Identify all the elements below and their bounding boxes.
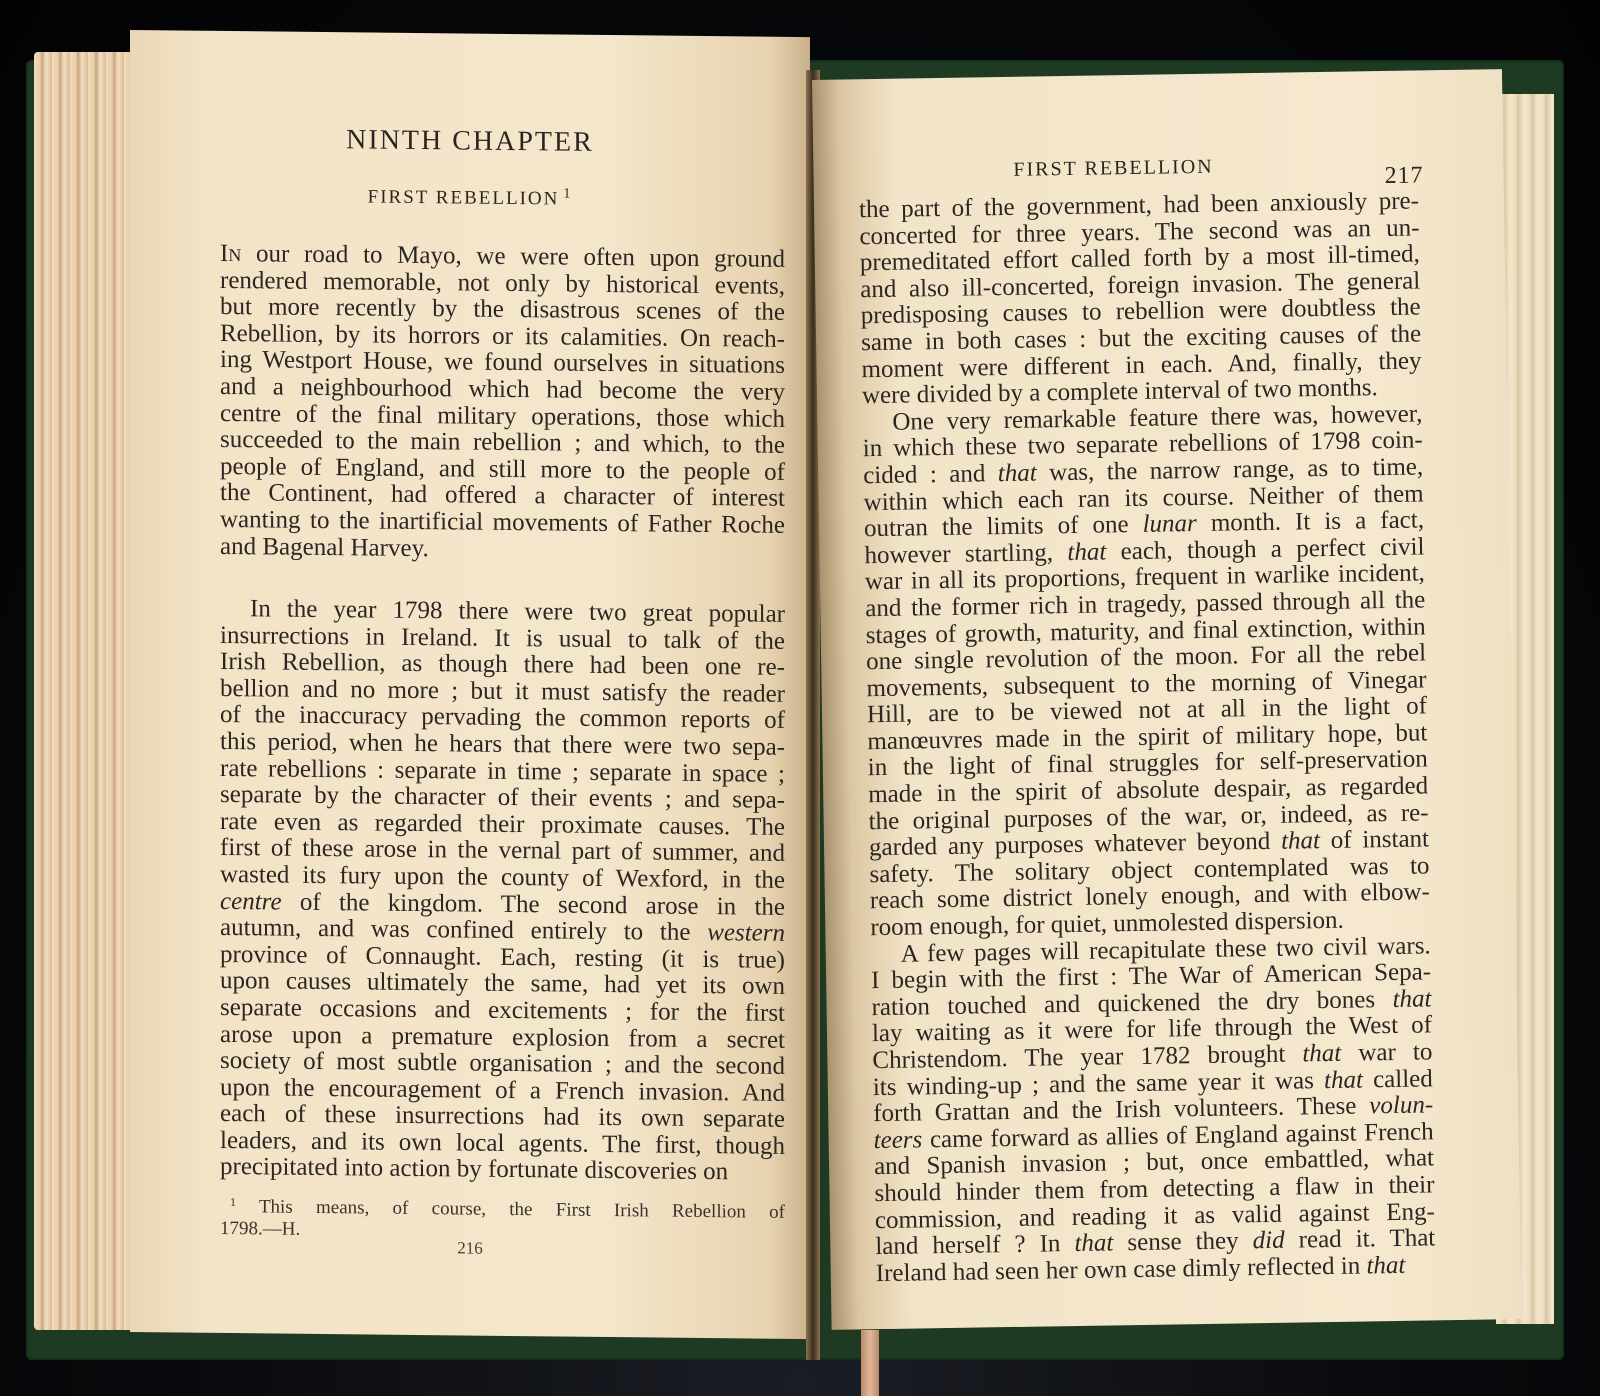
left-page: NINTH CHAPTER FIRST REBELLION1 In our ro…	[130, 30, 810, 1339]
footnote-line-1: This means, of course, the First Irish R…	[259, 1196, 785, 1223]
open-book: NINTH CHAPTER FIRST REBELLION1 In our ro…	[26, 40, 1564, 1360]
paragraph-2: In the year 1798 there were two great po…	[220, 596, 785, 1187]
paragraph-1: In our road to Mayo, we were often upon …	[220, 241, 785, 566]
footnote-reference: 1	[563, 187, 572, 202]
drop-smallcaps: In	[220, 240, 241, 267]
running-head: FIRST REBELLION	[1013, 156, 1214, 182]
right-page-body: the part of the government, had been anx…	[859, 188, 1436, 1287]
section-title-text: FIRST REBELLION	[368, 186, 560, 209]
footnote-marker: 1	[230, 1195, 236, 1209]
section-title: FIRST REBELLION1	[130, 182, 810, 213]
chapter-title: NINTH CHAPTER	[130, 122, 810, 161]
text-line: precipitated into action by fortunate di…	[220, 1154, 785, 1187]
left-page-block-edge	[34, 52, 134, 1330]
ribbon-bookmark	[861, 1330, 879, 1396]
right-page: FIRST REBELLION 217 the part of the gove…	[812, 69, 1522, 1330]
page-number-right: 217	[1384, 162, 1423, 190]
